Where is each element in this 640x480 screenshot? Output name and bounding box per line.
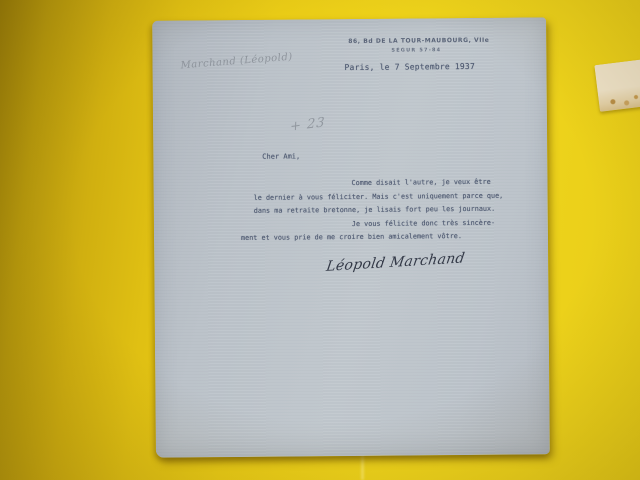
letter-body: Comme disait l'autre, je veux être le de…: [253, 175, 524, 245]
letterhead: 86, Bd DE LA TOUR-MAUBOURG, VIIe SÉGUR 5…: [348, 37, 484, 54]
background-crease: [361, 452, 364, 480]
letterhead-phone: SÉGUR 57-84: [348, 47, 484, 54]
dateline: Paris, le 7 Septembre 1937: [344, 62, 475, 72]
pencil-annotation: Marchand (Léopold): [180, 52, 293, 72]
photo-background: Marchand (Léopold) 86, Bd DE LA TOUR-MAU…: [0, 0, 640, 480]
pencil-number: + 23: [290, 115, 326, 135]
handwritten-signature: Léopold Marchand: [325, 250, 466, 275]
body-line: Je vous félicite donc très sincère-: [254, 216, 524, 232]
salutation: Cher Ami,: [262, 152, 300, 160]
body-line: ment et vous prie de me croire bien amic…: [241, 230, 524, 246]
letter-paper: Marchand (Léopold) 86, Bd DE LA TOUR-MAU…: [152, 17, 550, 457]
tape-remnant: [594, 59, 640, 112]
letterhead-address: 86, Bd DE LA TOUR-MAUBOURG, VIIe: [348, 37, 484, 45]
